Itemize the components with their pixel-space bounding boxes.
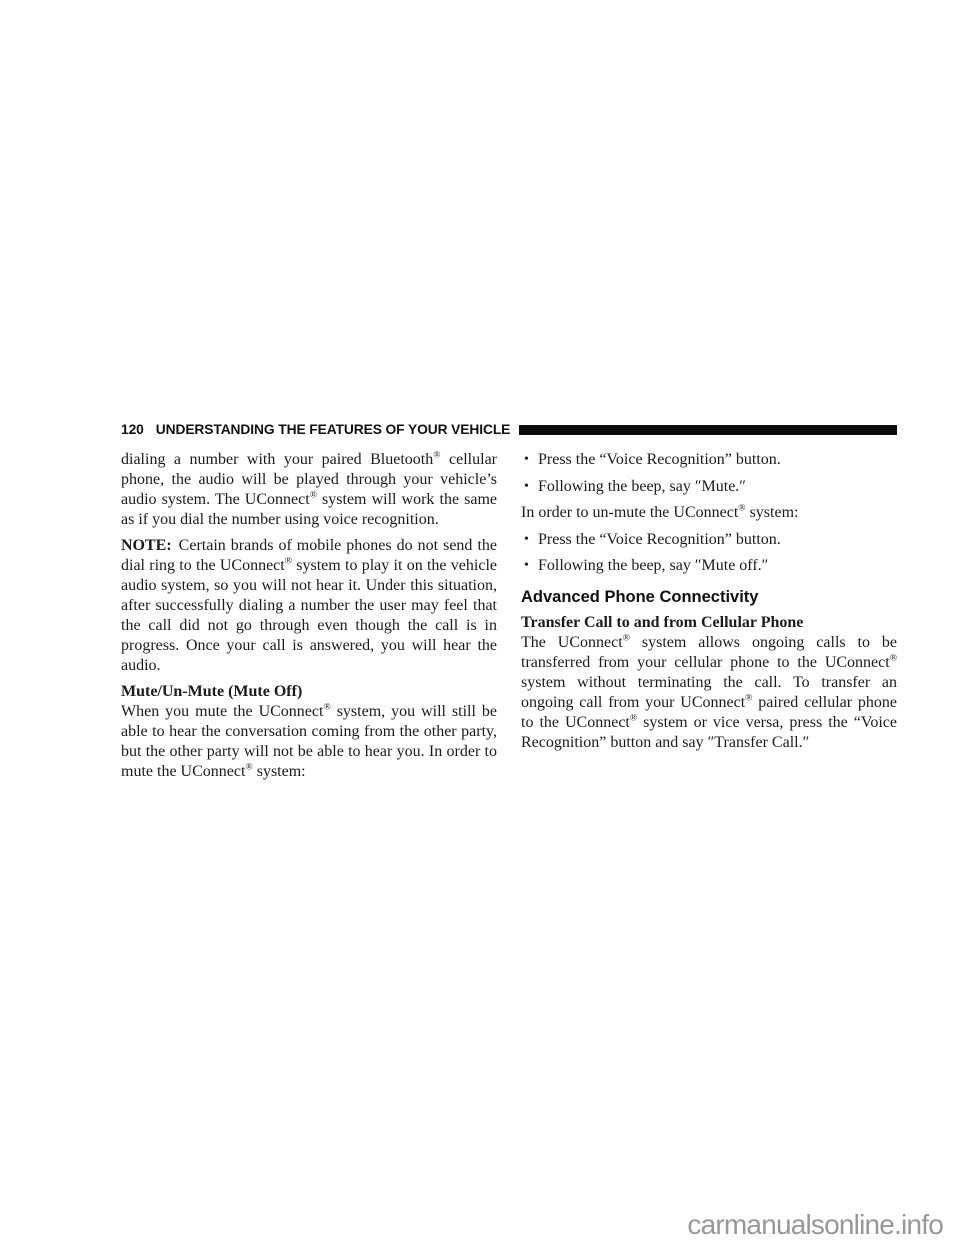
page-number: 120 <box>121 422 144 437</box>
note-paragraph: NOTE:Certain brands of mobile phones do … <box>121 536 497 676</box>
left-column: dialing a number with your paired Blueto… <box>121 450 497 782</box>
note-label: NOTE: <box>121 537 172 554</box>
note-text: Certain brands of mobile phones do not s… <box>121 537 497 674</box>
list-item: • Following the beep, say ″Mute off.″ <box>521 556 897 576</box>
bullet-text: Following the beep, say ″Mute.″ <box>538 477 897 497</box>
mute-paragraph: When you mute the UConnect® system, you … <box>121 702 497 782</box>
bullet-text: Following the beep, say ″Mute off.″ <box>538 556 897 576</box>
transfer-paragraph: The UConnect® system allows ongoing call… <box>521 633 897 753</box>
right-column: • Press the “Voice Recognition” button. … <box>521 450 897 782</box>
intro-paragraph: dialing a number with your paired Blueto… <box>121 450 497 530</box>
header-title: UNDERSTANDING THE FEATURES OF YOUR VEHIC… <box>156 422 511 437</box>
list-item: • Following the beep, say ″Mute.″ <box>521 477 897 497</box>
list-item: • Press the “Voice Recognition” button. <box>521 450 897 470</box>
site-watermark: carmanualsonline.info <box>687 1209 943 1241</box>
mute-section-heading: Mute/Un-Mute (Mute Off) <box>121 682 497 702</box>
manual-page: 120 UNDERSTANDING THE FEATURES OF YOUR V… <box>0 0 960 1242</box>
header-rule-bar <box>519 425 897 435</box>
advanced-section-heading: Advanced Phone Connectivity <box>521 587 897 608</box>
bullet-text: Press the “Voice Recognition” button. <box>538 450 897 470</box>
bullet-icon: • <box>521 450 538 470</box>
text-columns: dialing a number with your paired Blueto… <box>121 450 897 782</box>
unmute-intro: In order to un-mute the UConnect® system… <box>521 503 897 523</box>
bullet-text: Press the “Voice Recognition” button. <box>538 530 897 550</box>
page-header: 120 UNDERSTANDING THE FEATURES OF YOUR V… <box>121 422 897 437</box>
bullet-icon: • <box>521 477 538 497</box>
bullet-icon: • <box>521 556 538 576</box>
list-item: • Press the “Voice Recognition” button. <box>521 530 897 550</box>
transfer-heading: Transfer Call to and from Cellular Phone <box>521 613 897 633</box>
bullet-icon: • <box>521 530 538 550</box>
